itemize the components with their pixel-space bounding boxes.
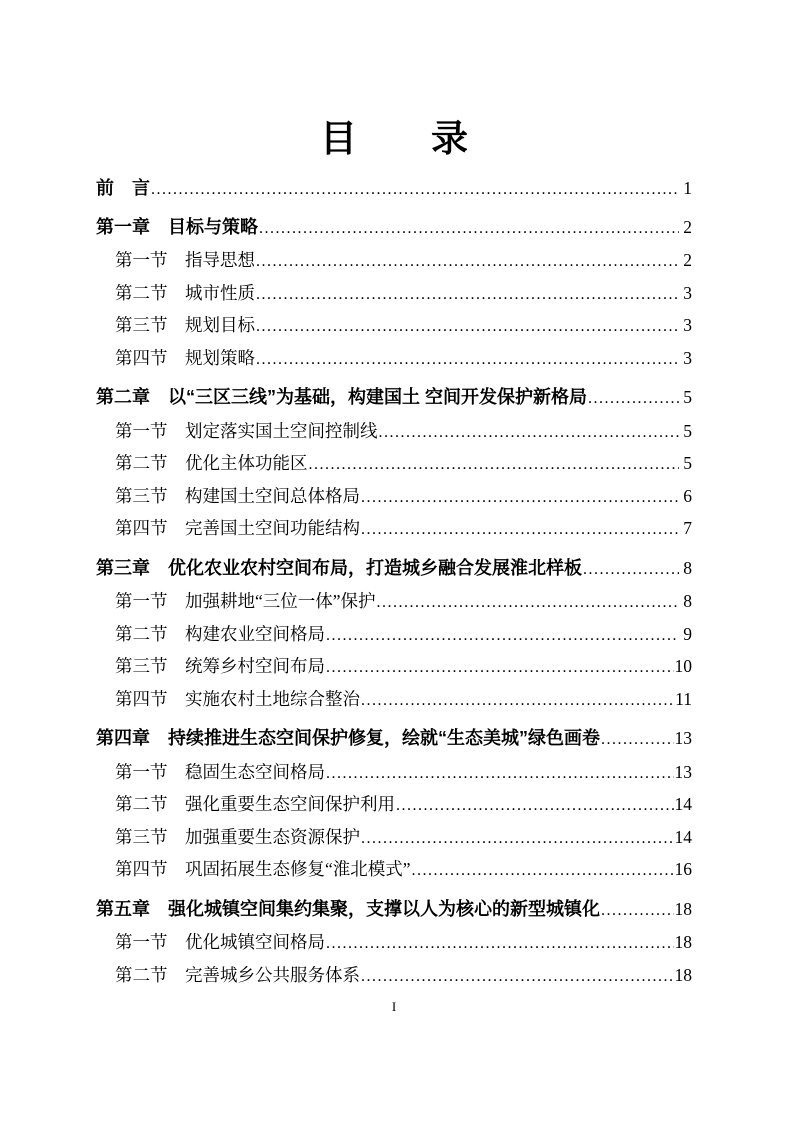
dot-leader (361, 692, 674, 710)
toc-entry-page: 7 (680, 518, 692, 539)
toc-entry[interactable]: 第一节 划定落实国土空间控制线 5 (96, 418, 692, 451)
toc-entry-label: 第四章 持续推进生态空间保护修复，绘就“生态美城”绿色画卷 (96, 724, 600, 750)
toc-entry-label: 第二节 构建农业空间格局 (115, 621, 325, 646)
dot-leader (326, 659, 674, 677)
page-footer-number: I (96, 999, 692, 1015)
toc-entry-page: 13 (675, 762, 693, 783)
toc-entry-label: 第三节 加强重要生态资源保护 (115, 824, 360, 849)
toc-entry[interactable]: 第四章 持续推进生态空间保护修复，绘就“生态美城”绿色画卷 13 (96, 724, 692, 757)
toc-entry-page: 5 (680, 453, 692, 474)
dot-leader (412, 862, 674, 880)
dot-leader (326, 935, 674, 953)
dot-leader (326, 765, 674, 783)
toc-entry-page: 5 (680, 387, 692, 408)
dot-leader (151, 181, 679, 199)
toc-entry-label: 第二节 优化主体功能区 (115, 450, 308, 475)
toc-entry[interactable]: 第一节 指导思想 2 (96, 247, 692, 280)
toc-entry-label: 第二章 以“三区三线”为基础，构建国土 空间开发保护新格局 (96, 383, 587, 409)
dot-leader (256, 253, 679, 271)
toc-entry-page: 10 (675, 656, 693, 677)
toc-entry-page: 5 (680, 421, 692, 442)
table-of-contents: 前 言 1 第一章 目标与策略 2 第一节 指导思想 2 第二节 城市性质 3 (96, 174, 692, 994)
toc-entry-page: 18 (675, 965, 693, 986)
toc-entry-page: 16 (675, 859, 693, 880)
toc-entry-page: 2 (680, 250, 692, 271)
toc-entry[interactable]: 第二节 城市性质 3 (96, 280, 692, 313)
toc-entry-label: 第二节 强化重要生态空间保护利用 (115, 791, 395, 816)
toc-entry-page: 1 (680, 178, 692, 199)
toc-entry[interactable]: 第四节 巩固拓展生态修复“淮北模式” 16 (96, 856, 692, 889)
toc-entry-label: 第一章 目标与策略 (96, 213, 258, 239)
toc-entry[interactable]: 第二节 优化主体功能区 5 (96, 450, 692, 483)
toc-entry-page: 3 (680, 283, 692, 304)
toc-entry-label: 第一节 划定落实国土空间控制线 (115, 418, 378, 443)
toc-entry-page: 13 (675, 728, 693, 749)
toc-entry-label: 第一节 稳固生态空间格局 (115, 759, 325, 784)
dot-leader (309, 456, 680, 474)
toc-entry-page: 8 (680, 591, 692, 612)
toc-content: 目 录 前 言 1 第一章 目标与策略 2 第一节 指导思想 2 第二节 城市性… (0, 116, 793, 1015)
toc-entry[interactable]: 第三节 加强重要生态资源保护 14 (96, 824, 692, 857)
dot-leader (601, 731, 674, 749)
dot-leader (396, 797, 674, 815)
toc-entry[interactable]: 第四节 实施农村土地综合整治 11 (96, 686, 692, 719)
dot-leader (361, 968, 674, 986)
toc-entry-page: 18 (675, 899, 693, 920)
dot-leader (259, 220, 679, 238)
document-page: 目 录 前 言 1 第一章 目标与策略 2 第一节 指导思想 2 第二节 城市性… (0, 0, 793, 1122)
dot-leader (326, 627, 679, 645)
toc-entry-page: 8 (680, 558, 692, 579)
dot-leader (256, 318, 679, 336)
toc-entry-page: 3 (680, 348, 692, 369)
toc-entry[interactable]: 第一节 加强耕地“三位一体”保护 8 (96, 588, 692, 621)
toc-entry-page: 3 (680, 315, 692, 336)
dot-leader (256, 286, 679, 304)
toc-entry-label: 第二节 完善城乡公共服务体系 (115, 962, 360, 987)
toc-entry-label: 第四节 巩固拓展生态修复“淮北模式” (115, 856, 411, 881)
toc-entry[interactable]: 第五章 强化城镇空间集约集聚，支撑以人为核心的新型城镇化 18 (96, 895, 692, 928)
dot-leader (379, 424, 680, 442)
toc-entry-label: 第三章 优化农业农村空间布局，打造城乡融合发展淮北样板 (96, 554, 582, 580)
toc-entry-page: 18 (675, 932, 693, 953)
toc-entry[interactable]: 第三节 构建国土空间总体格局 6 (96, 483, 692, 516)
dot-leader (583, 561, 679, 579)
toc-entry[interactable]: 第二节 强化重要生态空间保护利用 14 (96, 791, 692, 824)
toc-entry[interactable]: 第二节 完善城乡公共服务体系 18 (96, 962, 692, 995)
toc-entry-page: 14 (675, 827, 693, 848)
toc-entry-label: 第二节 城市性质 (115, 280, 255, 305)
toc-entry[interactable]: 第四节 规划策略 3 (96, 345, 692, 378)
toc-entry[interactable]: 第三章 优化农业农村空间布局，打造城乡融合发展淮北样板 8 (96, 554, 692, 587)
dot-leader (588, 390, 679, 408)
toc-entry-page: 9 (680, 624, 692, 645)
dot-leader (256, 351, 679, 369)
toc-entry[interactable]: 第一章 目标与策略 2 (96, 213, 692, 246)
toc-entry-label: 第四节 实施农村土地综合整治 (115, 686, 360, 711)
toc-entry[interactable]: 前 言 1 (96, 174, 692, 207)
toc-entry-label: 第三节 统筹乡村空间布局 (115, 653, 325, 678)
dot-leader (601, 902, 674, 920)
toc-entry[interactable]: 第一节 稳固生态空间格局 13 (96, 759, 692, 792)
toc-entry-label: 第四节 规划策略 (115, 345, 255, 370)
toc-entry-label: 第一节 优化城镇空间格局 (115, 929, 325, 954)
toc-entry-label: 第一节 指导思想 (115, 247, 255, 272)
toc-entry-page: 2 (680, 217, 692, 238)
toc-entry-page: 11 (675, 689, 692, 710)
toc-entry[interactable]: 第二节 构建农业空间格局 9 (96, 621, 692, 654)
toc-entry-label: 第四节 完善国土空间功能结构 (115, 515, 360, 540)
toc-entry[interactable]: 第三节 统筹乡村空间布局 10 (96, 653, 692, 686)
dot-leader (361, 830, 674, 848)
toc-entry-page: 14 (675, 794, 693, 815)
toc-entry-label: 前 言 (96, 174, 150, 200)
toc-entry[interactable]: 第二章 以“三区三线”为基础，构建国土 空间开发保护新格局 5 (96, 383, 692, 416)
dot-leader (377, 594, 679, 612)
toc-entry-page: 6 (680, 486, 692, 507)
toc-entry-label: 第三节 规划目标 (115, 312, 255, 337)
dot-leader (361, 489, 679, 507)
toc-entry[interactable]: 第一节 优化城镇空间格局 18 (96, 929, 692, 962)
toc-entry-label: 第五章 强化城镇空间集约集聚，支撑以人为核心的新型城镇化 (96, 895, 600, 921)
toc-entry-label: 第一节 加强耕地“三位一体”保护 (115, 588, 376, 613)
dot-leader (361, 521, 679, 539)
toc-entry[interactable]: 第四节 完善国土空间功能结构 7 (96, 515, 692, 548)
page-title: 目 录 (96, 116, 692, 162)
toc-entry[interactable]: 第三节 规划目标 3 (96, 312, 692, 345)
toc-entry-label: 第三节 构建国土空间总体格局 (115, 483, 360, 508)
